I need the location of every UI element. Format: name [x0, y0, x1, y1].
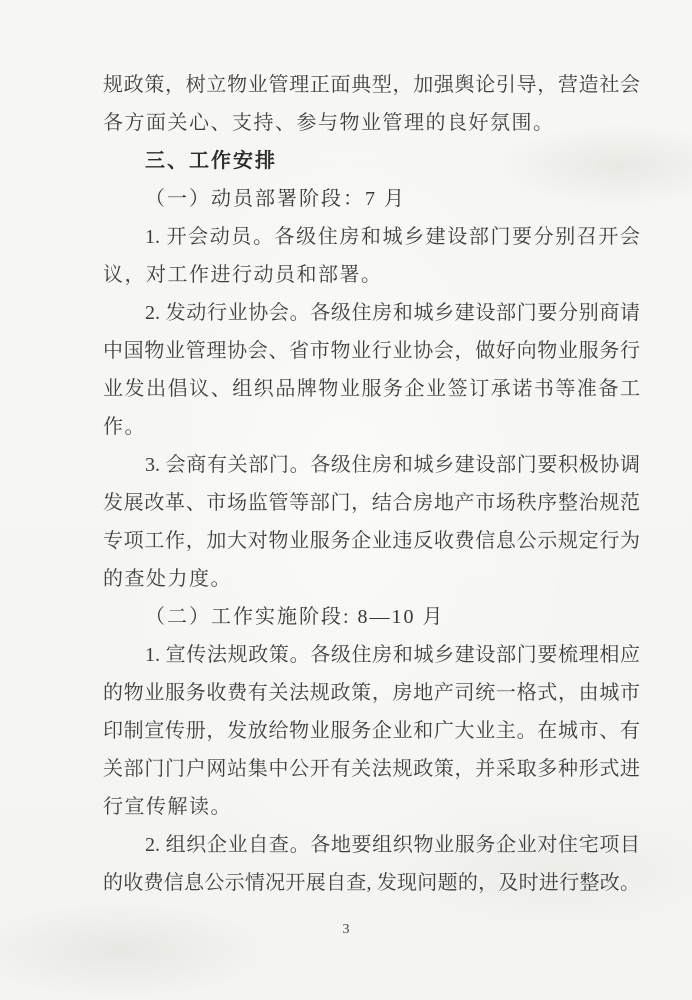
text-line: 中国物业管理协会、省市物业行业协会，做好向物业服务行 [103, 332, 640, 370]
document-text-block: 规政策，树立物业管理正面典型，加强舆论引导，营造社会 各方面关心、支持、参与物业… [103, 66, 640, 902]
text-line: 作。 [103, 408, 640, 446]
text-line: 的查处力度。 [103, 560, 640, 598]
text-line: 的收费信息公示情况开展自查, 发现问题的，及时进行整改。 [103, 864, 640, 902]
text-line: 专项工作，加大对物业服务企业违反收费信息公示规定行为 [103, 522, 640, 560]
page-number: 3 [0, 922, 692, 938]
text-line: 2. 组织企业自查。各地要组织物业服务企业对住宅项目 [103, 826, 640, 864]
subsection-heading: （一）动员部署阶段：7 月 [103, 180, 640, 218]
subsection-heading: （二）工作实施阶段: 8—10 月 [103, 598, 640, 636]
text-line: 业发出倡议、组织品牌物业服务企业签订承诺书等准备工 [103, 370, 640, 408]
text-line: 关部门门户网站集中公开有关法规政策，并采取多种形式进 [103, 750, 640, 788]
text-line: 规政策，树立物业管理正面典型，加强舆论引导，营造社会 [103, 66, 640, 104]
text-line: 2. 发动行业协会。各级住房和城乡建设部门要分别商请 [103, 294, 640, 332]
text-line: 印制宣传册，发放给物业服务企业和广大业主。在城市、有 [103, 712, 640, 750]
text-line: 1. 开会动员。各级住房和城乡建设部门要分别召开会 [103, 218, 640, 256]
text-line: 议，对工作进行动员和部署。 [103, 256, 640, 294]
text-line: 发展改革、市场监管等部门，结合房地产市场秩序整治规范 [103, 484, 640, 522]
section-heading: 三、工作安排 [103, 142, 640, 180]
text-line: 的物业服务收费有关法规政策，房地产司统一格式，由城市 [103, 674, 640, 712]
text-line: 1. 宣传法规政策。各级住房和城乡建设部门要梳理相应 [103, 636, 640, 674]
text-line: 行宣传解读。 [103, 788, 640, 826]
text-line: 各方面关心、支持、参与物业管理的良好氛围。 [103, 104, 640, 142]
text-line: 3. 会商有关部门。各级住房和城乡建设部门要积极协调 [103, 446, 640, 484]
